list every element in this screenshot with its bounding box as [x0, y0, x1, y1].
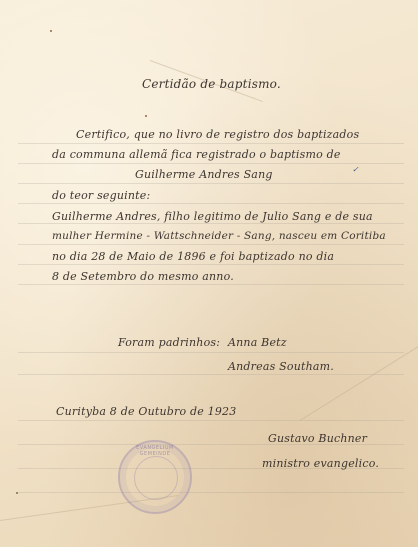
body-line-8: 8 de Setembro do mesmo anno.	[52, 270, 234, 283]
ruled-line	[18, 420, 404, 421]
ruled-line	[18, 223, 404, 224]
signature-name: Gustavo Buchner	[268, 432, 367, 445]
ruled-line	[18, 352, 404, 353]
body-line-7: no dia 28 de Maio de 1896 e foi baptizad…	[52, 250, 334, 263]
place-date: Curityba 8 de Outubro de 1923	[56, 405, 236, 418]
baptized-name: Guilherme Andres Sang	[135, 168, 273, 181]
ruled-line	[18, 284, 404, 285]
body-line-6: mulher Hermine - Wattschneider - Sang, n…	[52, 230, 386, 242]
body-line-2: da communa allemã fica registrado o bapt…	[52, 148, 341, 161]
body-line-5: Guilherme Andres, filho legitimo de Juli…	[52, 210, 373, 223]
ink-spot	[16, 492, 18, 494]
godparents-label: Foram padrinhos:	[118, 336, 220, 349]
ruled-line	[18, 203, 404, 204]
godparent-2: Andreas Southam.	[228, 360, 334, 373]
ruled-line	[18, 374, 404, 375]
paper-fold	[300, 346, 418, 421]
parish-seal: EVANGELIUM GEMEINDE	[118, 440, 192, 514]
ruled-line	[18, 163, 404, 164]
ruled-line	[18, 244, 404, 245]
body-line-4: do teor seguinte:	[52, 189, 150, 202]
ruled-line	[18, 264, 404, 265]
ink-spot	[50, 30, 52, 32]
margin-note: ✓	[352, 165, 359, 174]
ruled-line	[18, 183, 404, 184]
ink-spot	[145, 115, 147, 117]
document-title: Certidão de baptismo.	[142, 77, 281, 91]
ruled-line	[18, 492, 404, 493]
seal-emblem	[134, 456, 178, 500]
godparent-1: Anna Betz	[228, 336, 287, 349]
body-line-1: Certifico, que no livro de registro dos …	[76, 128, 359, 141]
signature-title: ministro evangelico.	[262, 457, 379, 470]
ruled-line	[18, 143, 404, 144]
